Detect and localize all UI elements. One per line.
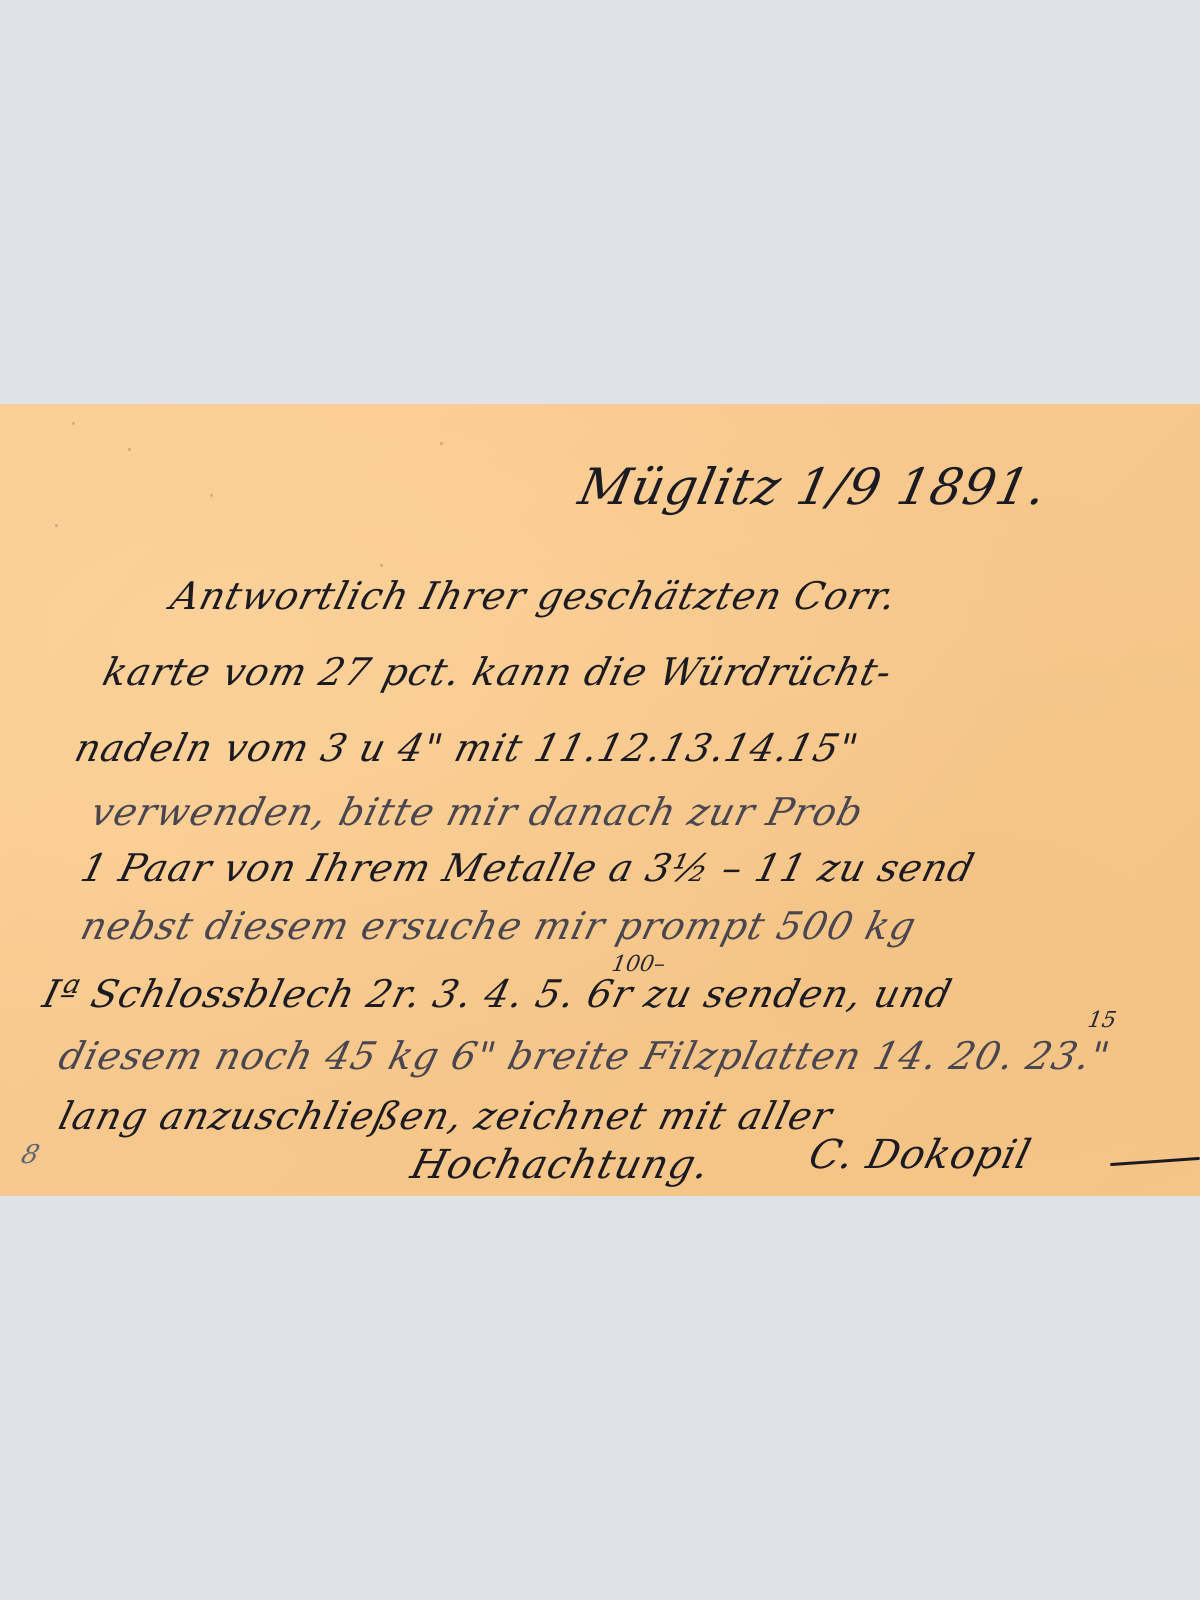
- paper-speck: [380, 564, 383, 567]
- letter-line-8: diesem noch 45 kg 6" breite Filzplatten …: [55, 1034, 1115, 1078]
- pencil-margin-number: 8: [18, 1140, 43, 1170]
- paper-speck: [72, 422, 75, 425]
- paper-speck: [210, 494, 213, 497]
- paper-speck: [128, 448, 131, 451]
- letter-line-4: verwenden, bitte mir danach zur Prob: [87, 790, 869, 834]
- paper-speck: [55, 524, 58, 527]
- letter-line-6: nebst diesem ersuche mir prompt 500 kg: [77, 904, 922, 948]
- dateline: Müglitz 1/9 1891.: [574, 458, 1053, 516]
- letter-line-9: lang anzuschließen, zeichnet mit aller: [55, 1094, 838, 1138]
- letter-line-3: nadeln vom 3 u 4" mit 11.12.13.14.15": [71, 726, 864, 770]
- signature-flourish: [1110, 1157, 1200, 1166]
- letter-line-7: Iª Schlossblech 2r. 3. 4. 5. 6r zu sende…: [39, 972, 957, 1016]
- letter-line-5: 1 Paar von Ihrem Metalle a 3½ – 11 zu se…: [77, 846, 980, 890]
- letter-line-2: karte vom 27 pct. kann die Würdrücht-: [99, 650, 897, 694]
- closing-salutation: Hochachtung.: [406, 1142, 715, 1188]
- paper-speck: [440, 442, 443, 445]
- annotation-15: 15: [1086, 1008, 1118, 1033]
- signature: C. Dokopil: [804, 1132, 1036, 1178]
- letter-line-1: Antwortlich Ihrer geschätzten Corr.: [167, 574, 902, 618]
- postcard: Müglitz 1/9 1891. Antwortlich Ihrer gesc…: [0, 404, 1200, 1196]
